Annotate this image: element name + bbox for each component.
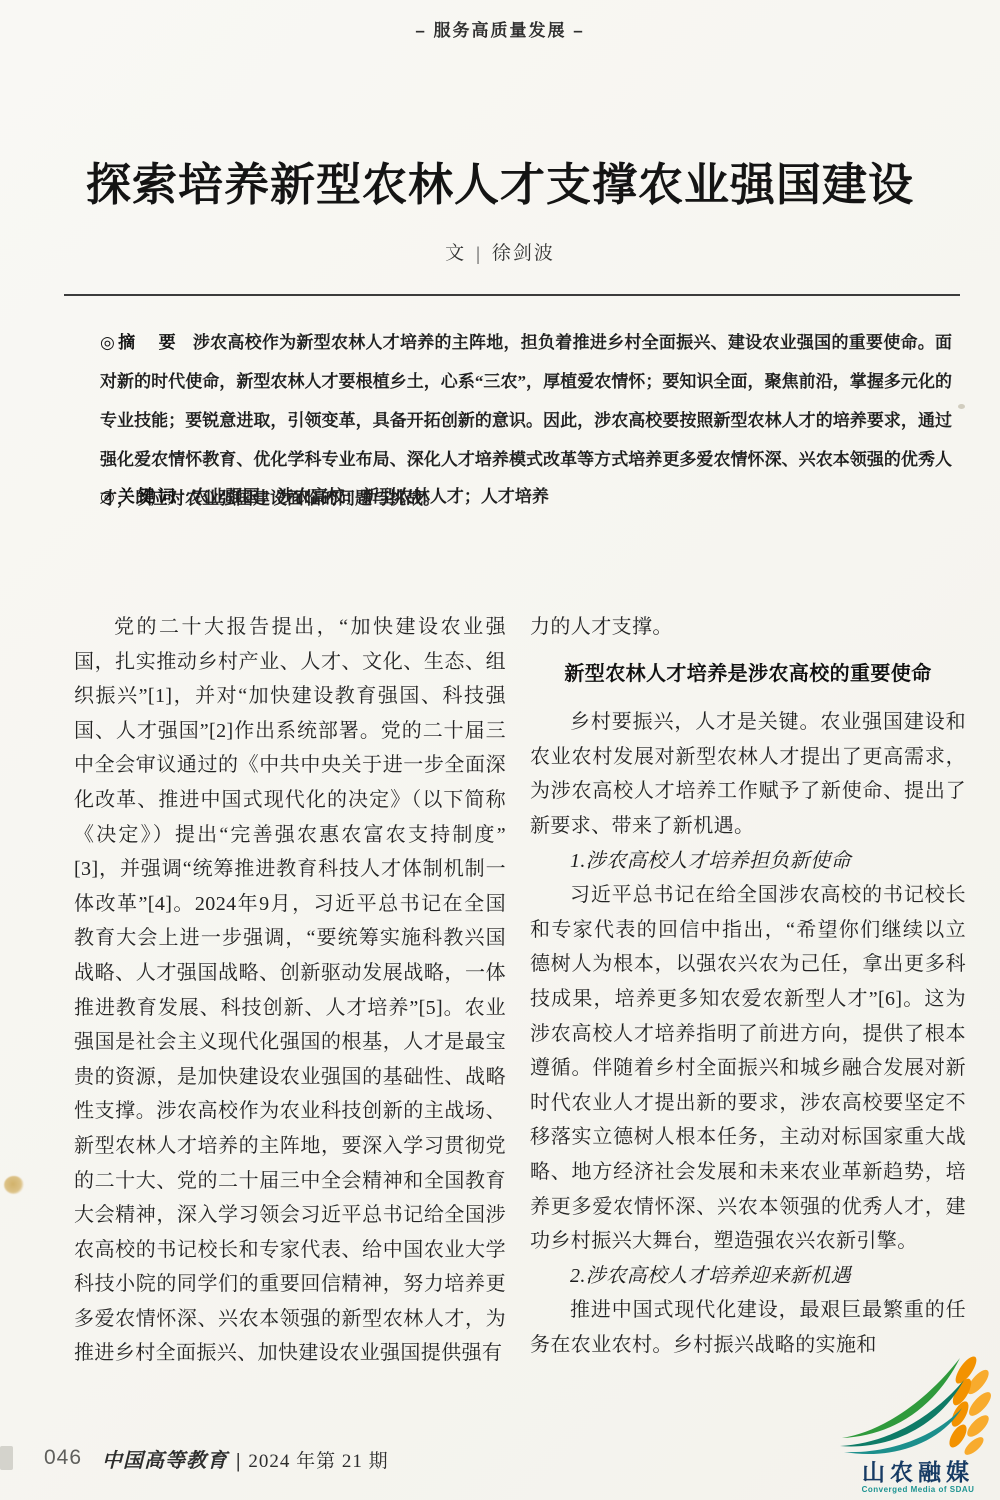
logo-name: 山农融媒 bbox=[836, 1460, 1000, 1484]
sdau-media-logo: 山农融媒 Converged Media of SDAU bbox=[836, 1352, 1000, 1500]
body-paragraph: 乡村要振兴，人才是关键。农业强国建设和农业农村发展对新型农林人才提出了更高需求，… bbox=[530, 705, 966, 843]
body-paragraph: 习近平总书记在给全国涉农高校的书记校长和专家代表的回信中指出，“希望你们继续以立… bbox=[530, 878, 966, 1259]
running-head: – 服务高质量发展 – bbox=[0, 16, 1000, 41]
page-number: 046 bbox=[44, 1446, 82, 1470]
body-paragraph: 党的二十大报告提出，“加快建设农业强国，扎实推动乡村产业、人才、文化、生态、组织… bbox=[74, 610, 506, 1371]
section-heading: 新型农林人才培养是涉农高校的重要使命 bbox=[530, 657, 966, 692]
sub-heading-2: 2.涉农高校人才培养迎来新机遇 bbox=[530, 1259, 966, 1294]
journal-line: 中国高等教育|2024 年第 21 期 bbox=[102, 1444, 389, 1473]
keywords-block: ◎关键词农业强国；涉农高校；新型农林人才；人才培养 bbox=[100, 482, 952, 512]
keywords-text: 农业强国；涉农高校；新型农林人才；人才培养 bbox=[192, 487, 549, 506]
paper-smudge bbox=[4, 1176, 24, 1194]
horizontal-rule bbox=[64, 294, 960, 296]
edge-mark bbox=[0, 1446, 13, 1470]
article-title: 探索培养新型农林人才支撑农业强国建设 bbox=[40, 148, 960, 213]
logo-subtitle: Converged Media of SDAU bbox=[836, 1484, 1000, 1496]
body-left-column: 党的二十大报告提出，“加快建设农业强国，扎实推动乡村产业、人才、文化、生态、组织… bbox=[74, 610, 506, 1371]
wheat-swoosh-icon bbox=[838, 1352, 998, 1460]
byline-separator: | bbox=[476, 244, 482, 266]
author-name: 徐剑波 bbox=[492, 243, 555, 264]
magazine-page: – 服务高质量发展 – 探索培养新型农林人才支撑农业强国建设 文|徐剑波 ◎摘 … bbox=[0, 0, 1000, 1500]
sub-heading-1: 1.涉农高校人才培养担负新使命 bbox=[530, 844, 966, 879]
byline: 文|徐剑波 bbox=[0, 238, 1000, 265]
body-paragraph-continuation: 力的人才支撑。 bbox=[530, 610, 966, 645]
journal-name: 中国高等教育 bbox=[102, 1448, 228, 1472]
journal-issue: 2024 年第 21 期 bbox=[248, 1451, 388, 1472]
abstract-label: ◎摘 要 bbox=[100, 333, 179, 352]
byline-prefix: 文 bbox=[445, 243, 466, 264]
paper-speck bbox=[958, 404, 965, 409]
keywords-label: ◎关键词 bbox=[100, 487, 178, 506]
body-right-column: 力的人才支撑。 新型农林人才培养是涉农高校的重要使命 乡村要振兴，人才是关键。农… bbox=[530, 610, 966, 1362]
journal-separator: | bbox=[236, 1450, 240, 1472]
